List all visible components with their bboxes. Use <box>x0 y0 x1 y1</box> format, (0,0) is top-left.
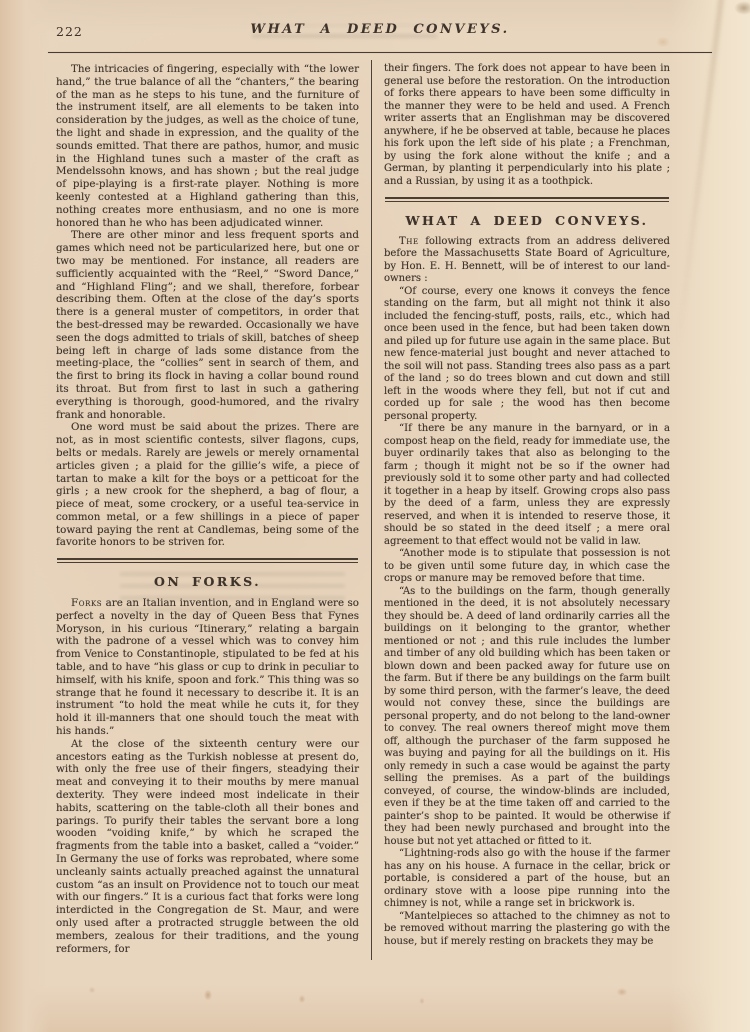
paragraph-text: are an Italian invention, and in England… <box>56 597 359 737</box>
paragraph: “Another mode is to stipulate that posse… <box>384 548 670 586</box>
paragraph: Forks are an Italian invention, and in E… <box>56 597 359 738</box>
right-column: their fingers. The fork does not appear … <box>384 63 670 948</box>
paragraph-text: following extracts from an address deliv… <box>384 236 670 285</box>
page-header: 222 WHAT A DEED CONVEYS. <box>48 22 712 44</box>
lead-word: The <box>399 236 419 247</box>
paragraph: “Of course, every one knows it conveys t… <box>384 286 670 424</box>
paragraph: There are other minor and less frequent … <box>56 229 359 421</box>
section-divider-rule <box>385 197 669 202</box>
paragraph: The intricacies of fingering, especially… <box>56 63 359 229</box>
paragraph: The following extracts from an address d… <box>384 236 670 286</box>
paragraph: One word must be said about the prizes. … <box>56 421 359 549</box>
paragraph: “Lightning-rods also go with the house i… <box>384 848 670 911</box>
header-rule <box>48 52 712 53</box>
paragraph: their fingers. The fork does not appear … <box>384 63 670 188</box>
paragraph: “If there be any manure in the barnyard,… <box>384 423 670 548</box>
section-heading-on-forks: ON FORKS. <box>56 576 359 589</box>
left-column: The intricacies of fingering, especially… <box>56 63 359 955</box>
scanned-page: 222 WHAT A DEED CONVEYS. The intricacies… <box>0 0 750 1032</box>
section-heading-what-a-deed-conveys: WHAT A DEED CONVEYS. <box>384 215 670 228</box>
section-divider-rule <box>57 558 358 563</box>
column-divider <box>371 60 372 960</box>
paragraph: At the close of the sixteenth century we… <box>56 738 359 956</box>
running-title: WHAT A DEED CONVEYS. <box>48 22 712 37</box>
paragraph: “Mantelpieces so attached to the chimney… <box>384 911 670 949</box>
lead-word: Forks <box>71 597 102 609</box>
paragraph: “As to the buildings on the farm, though… <box>384 586 670 849</box>
